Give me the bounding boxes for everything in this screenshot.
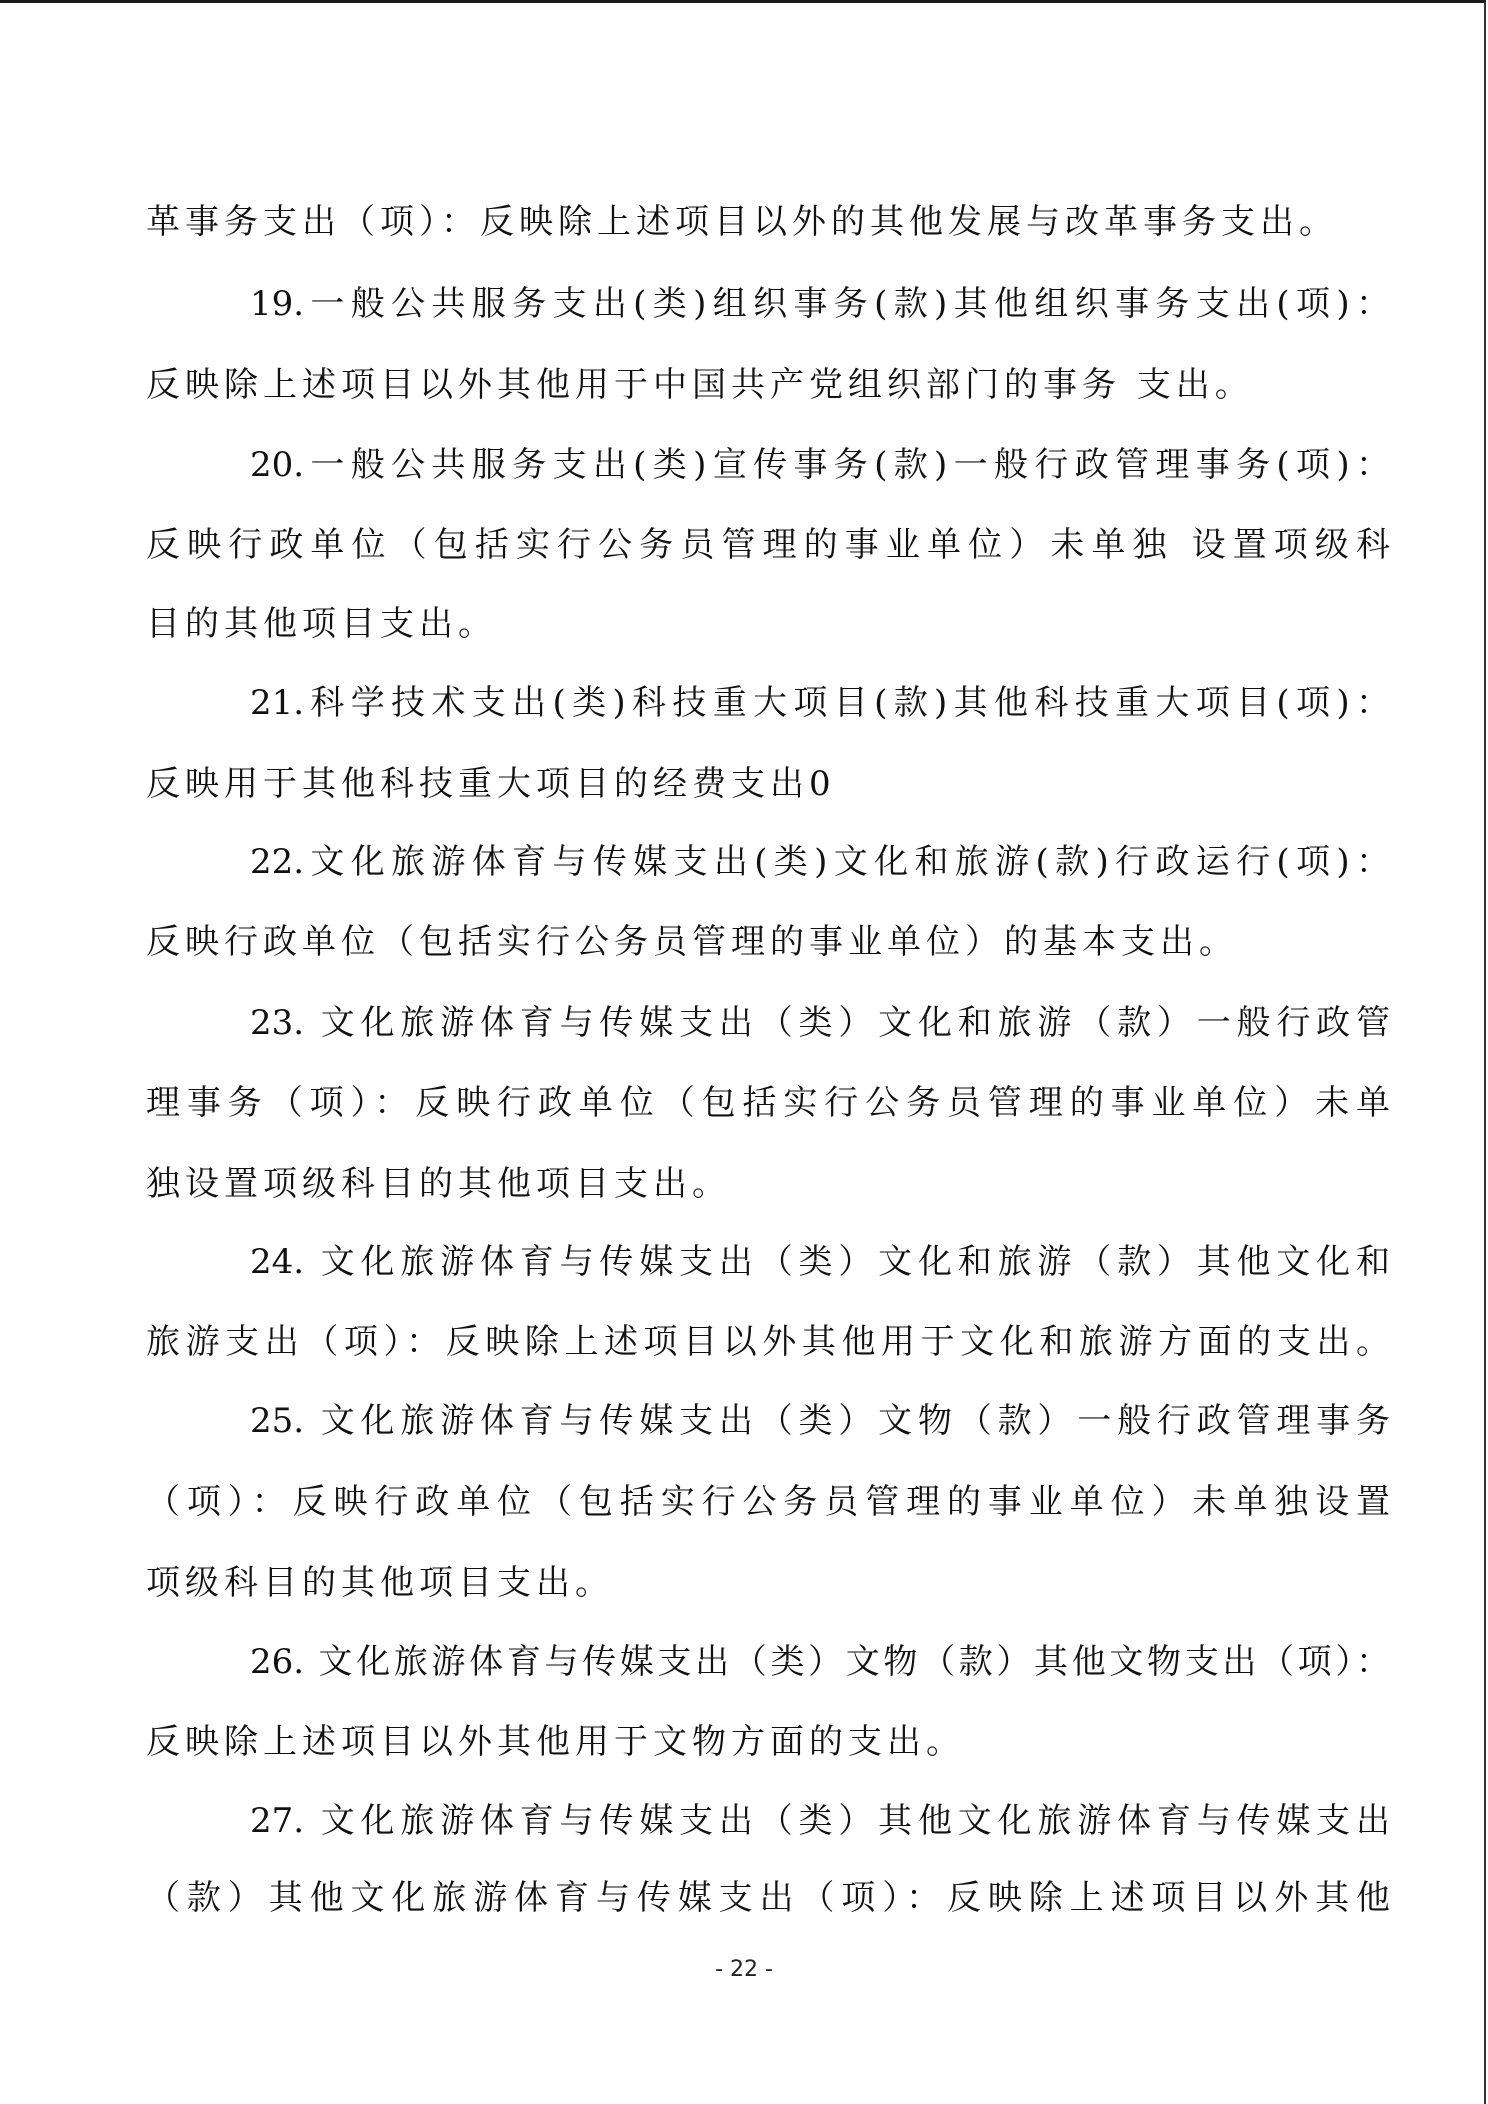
text-line: 19.一般公共服务支出(类)组织事务(款)其他组织事务支出(项)： — [250, 280, 1390, 328]
text-line: 革事务支出（项）：反映除上述项目以外的其他发展与改革事务支出。 — [146, 198, 1390, 246]
text-line: 反映除上述项目以外其他用于中国共产党组织部门的事务 支出。 — [146, 361, 1390, 409]
text-line: 旅游支出（项）：反映除上述项目以外其他用于文化和旅游方面的支出。 — [146, 1318, 1390, 1366]
page-number: - 22 - — [0, 1957, 1488, 1982]
text-line: 21.科学技术支出(类)科技重大项目(款)其他科技重大项目(项)： — [250, 679, 1390, 727]
text-line: 反映行政单位（包括实行公务员管理的事业单位）的基本支出。 — [146, 918, 1390, 966]
text-line: 22.文化旅游体育与传媒支出(类)文化和旅游(款)行政运行(项)： — [250, 838, 1390, 886]
text-line: 反映用于其他科技重大项目的经费支出0 — [146, 760, 1390, 808]
text-line: 目的其他项目支出。 — [146, 600, 1390, 648]
text-line: 独设置项级科目的其他项目支出。 — [146, 1160, 1390, 1208]
text-line: 26. 文化旅游体育与传媒支出（类）文物（款）其他文物支出（项）： — [250, 1638, 1390, 1686]
text-line: 反映行政单位（包括实行公务员管理的事业单位）未单独 设置项级科 — [146, 521, 1390, 569]
text-line: 27. 文化旅游体育与传媒支出（类）其他文化旅游体育与传媒支出 — [250, 1797, 1390, 1845]
text-line: 25. 文化旅游体育与传媒支出（类）文物（款）一般行政管理事务 — [250, 1397, 1390, 1445]
text-line: 23. 文化旅游体育与传媒支出（类）文化和旅游（款）一般行政管 — [250, 999, 1390, 1047]
text-line: 项级科目的其他项目支出。 — [146, 1559, 1390, 1607]
document-page: 革事务支出（项）：反映除上述项目以外的其他发展与改革事务支出。19.一般公共服务… — [0, 0, 1486, 2104]
text-line: （项）：反映行政单位（包括实行公务员管理的事业单位）未单独设置 — [146, 1478, 1390, 1526]
text-line: 24. 文化旅游体育与传媒支出（类）文化和旅游（款）其他文化和 — [250, 1238, 1390, 1286]
text-line: 20.一般公共服务支出(类)宣传事务(款)一般行政管理事务(项)： — [250, 441, 1390, 489]
text-line: 理事务（项）：反映行政单位（包括实行公务员管理的事业单位）未单 — [146, 1079, 1390, 1127]
text-line: 反映除上述项目以外其他用于文物方面的支出。 — [146, 1718, 1390, 1766]
text-line: （款）其他文化旅游体育与传媒支出（项）：反映除上述项目以外其他 — [146, 1874, 1390, 1922]
